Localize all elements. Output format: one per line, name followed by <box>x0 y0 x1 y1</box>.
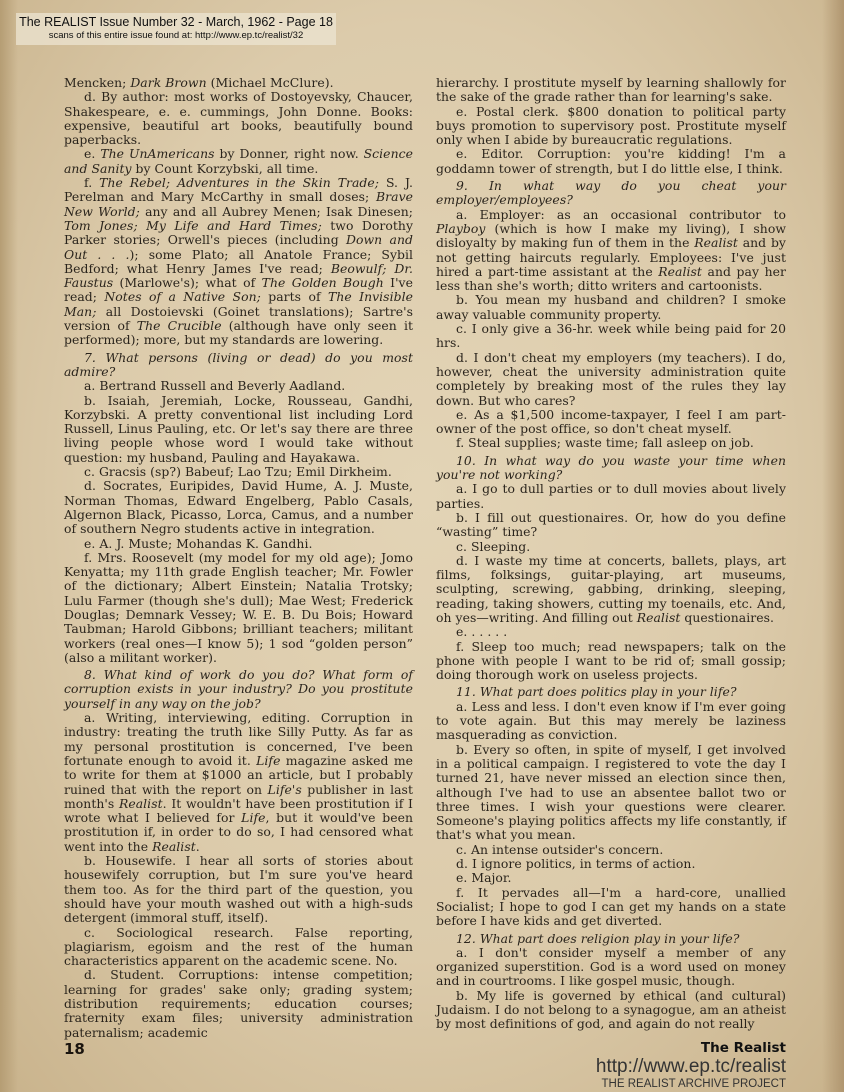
title: Realist <box>152 839 196 854</box>
book-title: Notes of a Native Son; <box>104 289 260 304</box>
answer: f. The Rebel; Adventures in the Skin Tra… <box>64 176 413 348</box>
answer: e. A. J. Muste; Mohandas K. Gandhi. <box>64 537 413 551</box>
answer: f. Steal supplies; waste time; fall asle… <box>436 436 786 450</box>
answer: f. Mrs. Roosevelt (my model for my old a… <box>64 551 413 665</box>
question-9: 9. In what way do you cheat your employe… <box>436 179 786 208</box>
answer: a. Writing, interviewing, editing. Corru… <box>64 711 413 854</box>
text: parts of <box>261 289 328 304</box>
text: by Count Korzybski, all time. <box>132 161 319 176</box>
question-11: 11. What part does politics play in your… <box>436 685 786 699</box>
answer: a. Bertrand Russell and Beverly Aadland. <box>64 379 413 393</box>
answer: f. It pervades all—I'm a hard-core, unal… <box>436 886 786 929</box>
answer: e. . . . . . <box>436 625 786 639</box>
paragraph: Mencken; Dark Brown (Michael McClure). <box>64 76 413 90</box>
answer: a. Less and less. I don't even know if I… <box>436 700 786 743</box>
text: Mencken; <box>64 75 130 90</box>
title: Realist <box>658 264 702 279</box>
answer: d. Student. Corruptions: intense competi… <box>64 968 413 1039</box>
text: e. <box>84 146 100 161</box>
answer: d. By author: most works of Dostoyevsky,… <box>64 90 413 147</box>
answer: f. Sleep too much; read newspapers; talk… <box>436 640 786 683</box>
answer: b. Isaiah, Jeremiah, Locke, Rousseau, Ga… <box>64 394 413 465</box>
text: by Donner, right now. <box>215 146 364 161</box>
answer: b. Every so often, in spite of myself, I… <box>436 743 786 843</box>
book-title: Dark Brown <box>130 75 206 90</box>
book-title: The UnAmericans <box>100 146 214 161</box>
book-title: The Rebel; Adventures in the Skin Trade; <box>99 175 379 190</box>
question-12: 12. What part does religion play in your… <box>436 932 786 946</box>
page-number: 18 <box>64 1040 85 1058</box>
paper-edge-right <box>822 0 844 1092</box>
paragraph: hierarchy. I prostitute myself by learni… <box>436 76 786 105</box>
answer: d. Socrates, Euripides, David Hume, A. J… <box>64 479 413 536</box>
book-title: The Crucible <box>137 318 222 333</box>
title: Realist <box>694 235 738 250</box>
answer: e. Editor. Corruption: you're kidding! I… <box>436 147 786 176</box>
left-column: Mencken; Dark Brown (Michael McClure). d… <box>64 76 413 1040</box>
text: f. <box>84 175 99 190</box>
book-title: The Golden Bough <box>262 275 384 290</box>
title: Realist <box>637 610 681 625</box>
answer: d. I ignore politics, in terms of action… <box>436 857 786 871</box>
text: questionaires. <box>680 610 774 625</box>
answer: c. An intense outsider's concern. <box>436 843 786 857</box>
answer: a. I don't consider myself a member of a… <box>436 946 786 989</box>
book-title: Tom Jones; My Life and Hard Times; <box>64 218 322 233</box>
text: . <box>196 839 200 854</box>
answer: b. Housewife. I hear all sorts of storie… <box>64 854 413 925</box>
answer: d. I waste my time at concerts, ballets,… <box>436 554 786 625</box>
archive-header: The REALIST Issue Number 32 - March, 196… <box>16 13 336 45</box>
footer-url[interactable]: http://www.ep.tc/realist <box>596 1056 786 1077</box>
archive-header-title: The REALIST Issue Number 32 - March, 196… <box>16 13 336 30</box>
answer: c. Sleeping. <box>436 540 786 554</box>
title: Life <box>241 810 265 825</box>
answer: e. As a $1,500 income-taxpayer, I feel I… <box>436 408 786 437</box>
answer: c. Sociological research. False reportin… <box>64 926 413 969</box>
question-7: 7. What persons (living or dead) do you … <box>64 351 413 380</box>
answer: c. I only give a 36-hr. week while being… <box>436 322 786 351</box>
answer: b. I fill out questionaires. Or, how do … <box>436 511 786 540</box>
answer: a. I go to dull parties or to dull movie… <box>436 482 786 511</box>
answer: c. Gracsis (sp?) Babeuf; Lao Tzu; Emil D… <box>64 465 413 479</box>
answer: b. You mean my husband and children? I s… <box>436 293 786 322</box>
text: any and all Aubrey Menen; Isak Dinesen; <box>140 204 413 219</box>
answer: d. I don't cheat my employers (my teache… <box>436 351 786 408</box>
title: Playboy <box>436 221 485 236</box>
footer-brand: The Realist <box>596 1040 786 1056</box>
answer: b. My life is governed by ethical (and c… <box>436 989 786 1032</box>
title: Life <box>256 753 280 768</box>
title: Life's <box>268 782 302 797</box>
paper-edge-left <box>0 0 18 1092</box>
text: (Michael McClure). <box>207 75 334 90</box>
question-8: 8. What kind of work do you do? What for… <box>64 668 413 711</box>
answer: e. Postal clerk. $800 donation to politi… <box>436 105 786 148</box>
footer-project: THE REALIST ARCHIVE PROJECT <box>596 1077 786 1091</box>
title: Realist <box>119 796 163 811</box>
answer: e. Major. <box>436 871 786 885</box>
answer: a. Employer: as an occasional contributo… <box>436 208 786 294</box>
answer: e. The UnAmericans by Donner, right now.… <box>64 147 413 176</box>
text: a. Employer: as an occasional contributo… <box>456 207 786 222</box>
archive-footer: The Realist http://www.ep.tc/realist THE… <box>596 1040 786 1091</box>
archive-header-subtitle: scans of this entire issue found at: htt… <box>16 30 336 42</box>
text: (Marlowe's); what of <box>113 275 261 290</box>
question-10: 10. In what way do you waste your time w… <box>436 454 786 483</box>
right-column: hierarchy. I prostitute myself by learni… <box>436 76 786 1032</box>
